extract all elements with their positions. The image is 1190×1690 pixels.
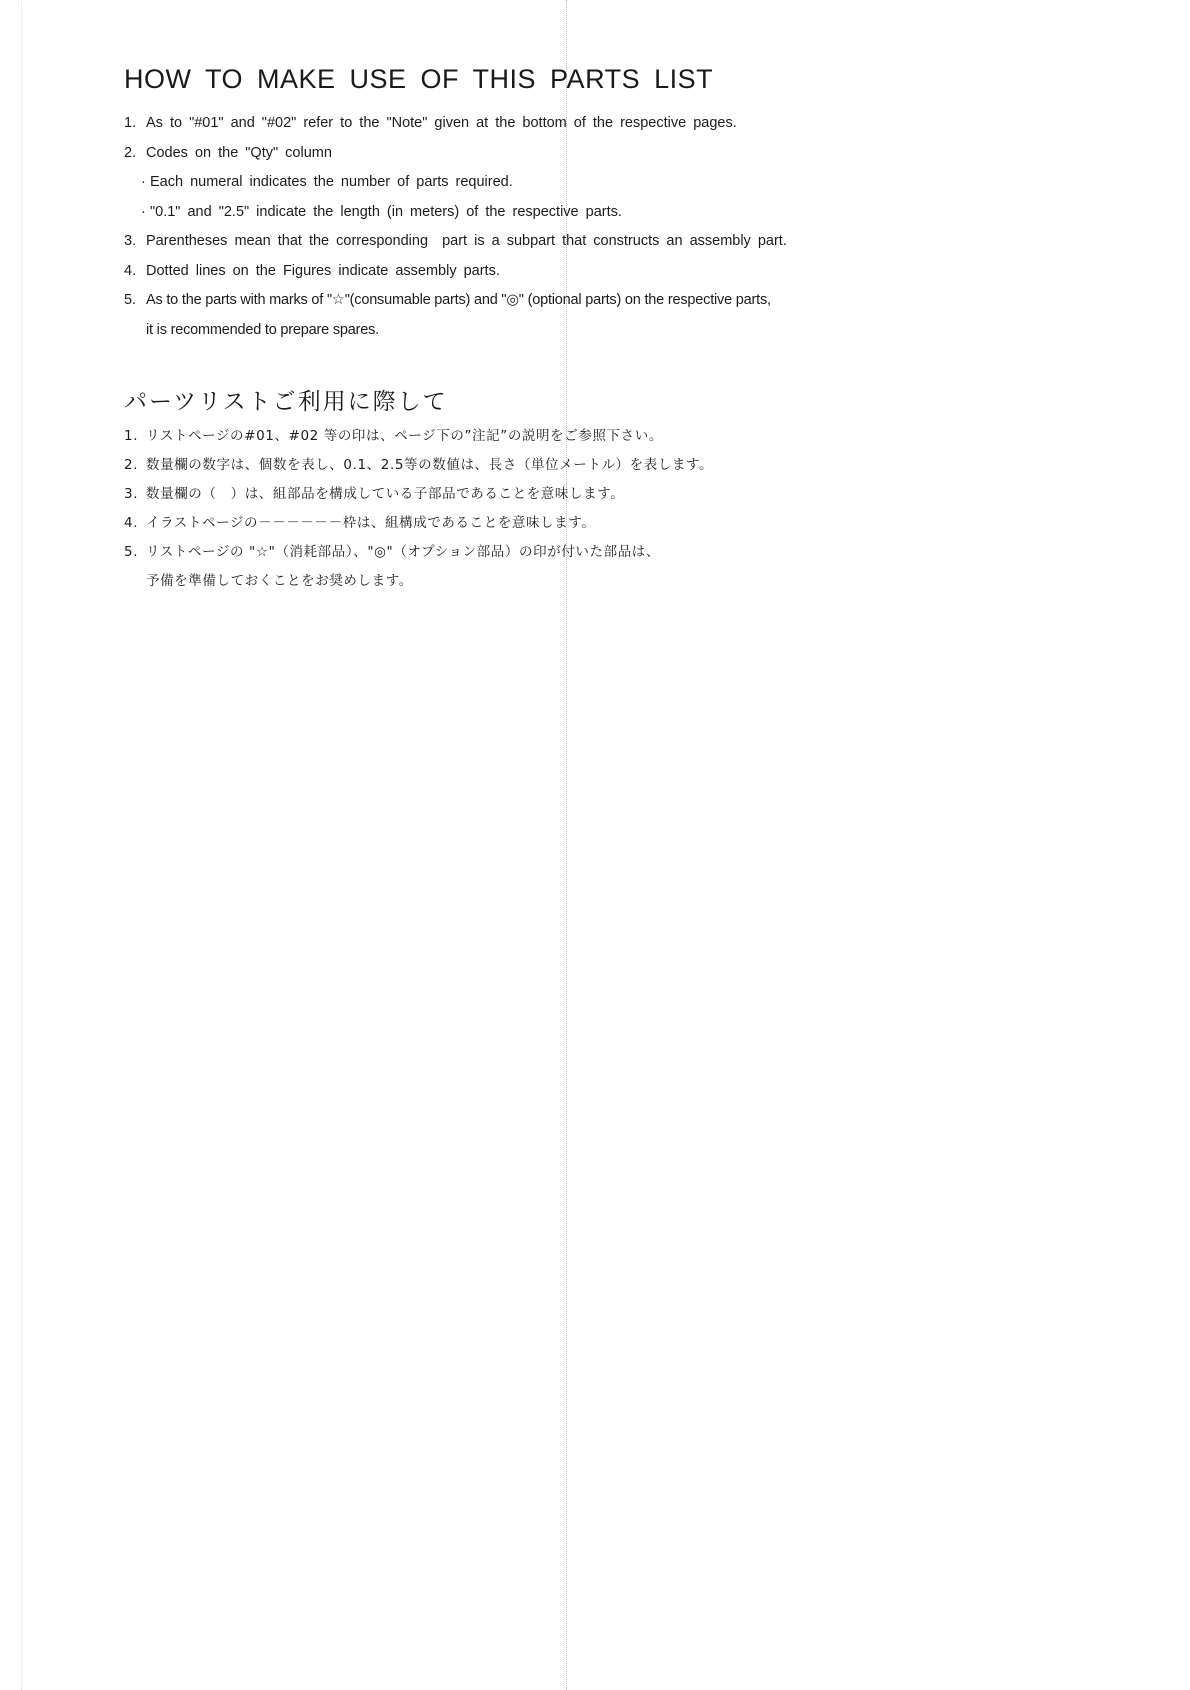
ja-instruction-item-2: 2.数量欄の数字は、個数を表し、0.1、2.5等の数値は、長さ（単位メートル）を…: [124, 451, 1024, 480]
item-number: 3.: [124, 227, 146, 257]
item-text: "0.1" and "2.5" indicate the length (in …: [150, 204, 622, 220]
item-number: 5.: [124, 286, 146, 316]
english-instructions: HOW TO MAKE USE OF THIS PARTS LIST 1.As …: [124, 64, 1024, 345]
japanese-title: パーツリストご利用に際して: [124, 383, 1024, 416]
item-number: 2.: [124, 139, 146, 169]
item-text: As to the parts with marks of "☆"(consum…: [146, 292, 771, 308]
item-number: 5.: [124, 538, 146, 567]
item-number: 4.: [124, 257, 146, 287]
bullet-dot-icon: ·: [141, 168, 150, 198]
item-text: Each numeral indicates the number of par…: [150, 174, 513, 190]
japanese-instructions: パーツリストご利用に際して 1.リストページの#01、#02 等の印は、ページ下…: [124, 383, 1024, 596]
item-text: リストページの "☆"（消耗部品）、"◎"（オプション部品）の印が付いた部品は、: [146, 544, 660, 560]
instruction-subitem-2a: ·Each numeral indicates the number of pa…: [124, 168, 1024, 198]
ja-instruction-item-5: 5.リストページの "☆"（消耗部品）、"◎"（オプション部品）の印が付いた部品…: [124, 538, 1024, 567]
item-text: As to "#01" and "#02" refer to the "Note…: [146, 115, 737, 131]
item-number: 4.: [124, 509, 146, 538]
instruction-item-5: 5.As to the parts with marks of "☆"(cons…: [124, 286, 1024, 316]
instruction-item-5-continued: it is recommended to prepare spares.: [124, 316, 1024, 346]
instruction-item-3: 3.Parentheses mean that the correspondin…: [124, 227, 1024, 257]
item-number: 1.: [124, 422, 146, 451]
ja-instruction-item-4: 4.イラストページの－－－－－－枠は、組構成であることを意味します。: [124, 509, 1024, 538]
item-text: イラストページの－－－－－－枠は、組構成であることを意味します。: [146, 515, 595, 531]
item-number: 2.: [124, 451, 146, 480]
bullet-dot-icon: ·: [141, 198, 150, 228]
ja-instruction-item-5-continued: 予備を準備しておくことをお奨めします。: [124, 567, 1024, 596]
english-title: HOW TO MAKE USE OF THIS PARTS LIST: [124, 64, 1024, 95]
item-text: Parentheses mean that the corresponding …: [146, 233, 787, 249]
item-text: Codes on the "Qty" column: [146, 145, 332, 161]
item-text: 数量欄の（ ）は、組部品を構成している子部品であることを意味します。: [146, 486, 624, 502]
japanese-instruction-list: 1.リストページの#01、#02 等の印は、ページ下の”注記”の説明をご参照下さ…: [124, 422, 1024, 596]
item-text: 予備を準備しておくことをお奨めします。: [146, 573, 413, 589]
ja-instruction-item-1: 1.リストページの#01、#02 等の印は、ページ下の”注記”の説明をご参照下さ…: [124, 422, 1024, 451]
item-text: 数量欄の数字は、個数を表し、0.1、2.5等の数値は、長さ（単位メートル）を表し…: [146, 457, 713, 473]
english-instruction-list: 1.As to "#01" and "#02" refer to the "No…: [124, 109, 1024, 345]
scan-margin-line: [21, 0, 22, 1690]
item-number: 3.: [124, 480, 146, 509]
instruction-subitem-2b: ·"0.1" and "2.5" indicate the length (in…: [124, 198, 1024, 228]
item-text: リストページの#01、#02 等の印は、ページ下の”注記”の説明をご参照下さい。: [146, 428, 663, 444]
parts-list-instructions-page: HOW TO MAKE USE OF THIS PARTS LIST 1.As …: [124, 64, 1024, 596]
ja-instruction-item-3: 3.数量欄の（ ）は、組部品を構成している子部品であることを意味します。: [124, 480, 1024, 509]
item-text: it is recommended to prepare spares.: [146, 322, 379, 338]
instruction-item-2: 2.Codes on the "Qty" column: [124, 139, 1024, 169]
instruction-item-4: 4.Dotted lines on the Figures indicate a…: [124, 257, 1024, 287]
item-number: 1.: [124, 109, 146, 139]
item-text: Dotted lines on the Figures indicate ass…: [146, 263, 500, 279]
instruction-item-1: 1.As to "#01" and "#02" refer to the "No…: [124, 109, 1024, 139]
